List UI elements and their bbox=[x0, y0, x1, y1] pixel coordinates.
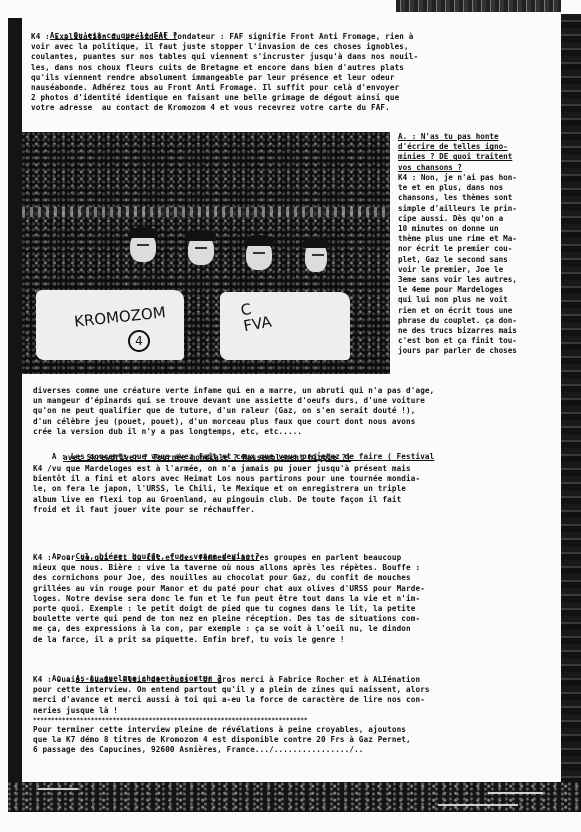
question-line: minies ? DE quoi traitent bbox=[398, 152, 566, 162]
banner-left-text: KROMOZOM bbox=[73, 303, 166, 331]
text-line: voir le premier, Joe le bbox=[398, 265, 566, 275]
text-line: ne des trucs bizarres mais bbox=[398, 326, 566, 336]
devise-answer: K4 : Pour ce qui est du cul et des femme… bbox=[33, 553, 425, 645]
text-line: K4 : Pour ce qui est du cul et des femme… bbox=[33, 553, 425, 563]
photocopy-edge-left bbox=[8, 18, 22, 788]
photocopy-edge-top bbox=[396, 0, 561, 12]
text-line: chansons, les thèmes sont bbox=[398, 193, 566, 203]
text-line: un mangeur d'épinards qui se trouve deva… bbox=[33, 396, 434, 406]
text-line: qu'ils viennent rendre absolument immang… bbox=[31, 73, 418, 83]
honte-question: A. : N'as tu pas honted'écrire de telles… bbox=[398, 132, 566, 173]
honte-answer-continued: diverses comme une créature verte infame… bbox=[33, 386, 434, 437]
text-line: 2 photos d'identité identique en faisant… bbox=[31, 93, 418, 103]
text-line: grillées au vin rouge pour Manor et du p… bbox=[33, 584, 425, 594]
text-line: qu'on ne peut qualifier que de tuture, d… bbox=[33, 406, 434, 416]
ajouter-answer: K4 : Ouais, ouais. Plein de trucs ( Un g… bbox=[33, 675, 430, 716]
text-line: loges. Notre devise sera donc le fun et … bbox=[33, 594, 425, 604]
text-line: le 4eme pour Mardeloges bbox=[398, 285, 566, 295]
text-line: simple d'ailleurs le prin- bbox=[398, 204, 566, 214]
banner-right-text: C FVA bbox=[239, 298, 272, 334]
band-member-3 bbox=[246, 240, 272, 270]
anarchy-four-badge: 4 bbox=[128, 330, 150, 352]
banner-left: KROMOZOM 4 bbox=[36, 290, 184, 360]
text-line: 10 minutes on donne un bbox=[398, 224, 566, 234]
text-line: nauséabonde. Adhérez tous au Front Anti … bbox=[31, 83, 418, 93]
text-line: c'est bon et ça finit tou- bbox=[398, 336, 566, 346]
text-line: phrase du couplet. ça don- bbox=[398, 316, 566, 326]
text-line: me ça, des expressions à la con, par exe… bbox=[33, 624, 425, 634]
band-photo: KROMOZOM 4 C FVA bbox=[22, 132, 390, 374]
text-line: neries jusque là ! bbox=[33, 706, 430, 716]
honte-answer: K4 : Non, je n'ai pas hon-te et en plus,… bbox=[398, 173, 566, 357]
text-line: K4 : Non, je n'ai pas hon- bbox=[398, 173, 566, 183]
text-line: 3eme sans voir les autres, bbox=[398, 275, 566, 285]
text-line: 6 passage des Capucines, 92600 Asnières,… bbox=[33, 745, 411, 755]
text-line: cipe aussi. Dès qu'on a bbox=[398, 214, 566, 224]
text-line: des cornichons pour Joe, des nouilles au… bbox=[33, 573, 425, 583]
text-line: boulette verte qui pend de ton nez en pl… bbox=[33, 614, 425, 624]
text-line: te et en plus, dans nos bbox=[398, 183, 566, 193]
closing-paragraph: Pour terminer cette interview pleine de … bbox=[33, 725, 411, 756]
text-line: porte quoi. Exemple : le petit doigt de … bbox=[33, 604, 425, 614]
text-line: pour cette interview. On entend partout … bbox=[33, 685, 430, 695]
banner-right: C FVA bbox=[220, 292, 350, 360]
text-line: mieux que nous. Bière : vive la taverne … bbox=[33, 563, 425, 573]
text-line: plet, Gaz le second sans bbox=[398, 255, 566, 265]
text-line: votre adresse au contact de Kromozom 4 e… bbox=[31, 103, 418, 113]
text-line: K4 : Explication du président fondateur … bbox=[31, 32, 418, 42]
question-line: vos chansons ? bbox=[398, 163, 566, 173]
text-line: qui lui non plus ne voit bbox=[398, 295, 566, 305]
text-line: K4 /vu que Mardeloges est à l'armée, on … bbox=[33, 464, 420, 474]
faf-answer: K4 : Explication du président fondateur … bbox=[31, 32, 418, 114]
text-line: jours par parler de choses bbox=[398, 346, 566, 356]
text-line: coulantes, puantes sur nos tables qui vi… bbox=[31, 52, 418, 62]
text-line: nor écrit le premier cou- bbox=[398, 244, 566, 254]
question-line: d'écrire de telles igno- bbox=[398, 142, 566, 152]
text-line: d'un célèbre jeu (pouet, pouet), d'un mo… bbox=[33, 417, 434, 427]
text-line: Pour terminer cette interview pleine de … bbox=[33, 725, 411, 735]
band-member-2 bbox=[188, 235, 214, 265]
text-line: merci d'avance et merci aussi à toi qui … bbox=[33, 695, 430, 705]
text-line: les, dans nos choux fleurs cuits de Bret… bbox=[31, 63, 418, 73]
concerts-question-line-2: avec Skrewdriver ? Tournée mondiale ? Ra… bbox=[63, 453, 351, 463]
text-line: voir avec la politique, il faut juste st… bbox=[31, 42, 418, 52]
zine-page: A. : Qu'est-ce que le FAF ? K4 : Explica… bbox=[0, 0, 581, 832]
text-line: diverses comme une créature verte infame… bbox=[33, 386, 434, 396]
question-line: A. : N'as tu pas honte bbox=[398, 132, 566, 142]
photo-railing bbox=[22, 207, 390, 217]
text-line: de la farce, il a prit sa piquette. Enfi… bbox=[33, 635, 425, 645]
text-line: thème plus une rime et Ma- bbox=[398, 234, 566, 244]
text-line: rien et on écrit tous une bbox=[398, 306, 566, 316]
text-line: bientôt il a fini et alors avec Heimat L… bbox=[33, 474, 420, 484]
photocopy-edge-bottom bbox=[8, 782, 581, 812]
text-line: crée la version dub il n'y a pas longtem… bbox=[33, 427, 434, 437]
band-member-4 bbox=[305, 242, 327, 272]
concerts-answer: K4 /vu que Mardeloges est à l'armée, on … bbox=[33, 464, 420, 515]
text-line: le, on fera le japon, l'URSS, le Chili, … bbox=[33, 484, 420, 494]
text-line: K4 : Ouais, ouais. Plein de trucs ( Un g… bbox=[33, 675, 430, 685]
band-member-1 bbox=[130, 232, 156, 262]
text-line: que la K7 démo 8 titres de Kromozom 4 es… bbox=[33, 735, 411, 745]
text-line: froid et il faut jouer vite pour se réch… bbox=[33, 505, 420, 515]
text-line: album live en flexi top au Groenland, au… bbox=[33, 495, 420, 505]
